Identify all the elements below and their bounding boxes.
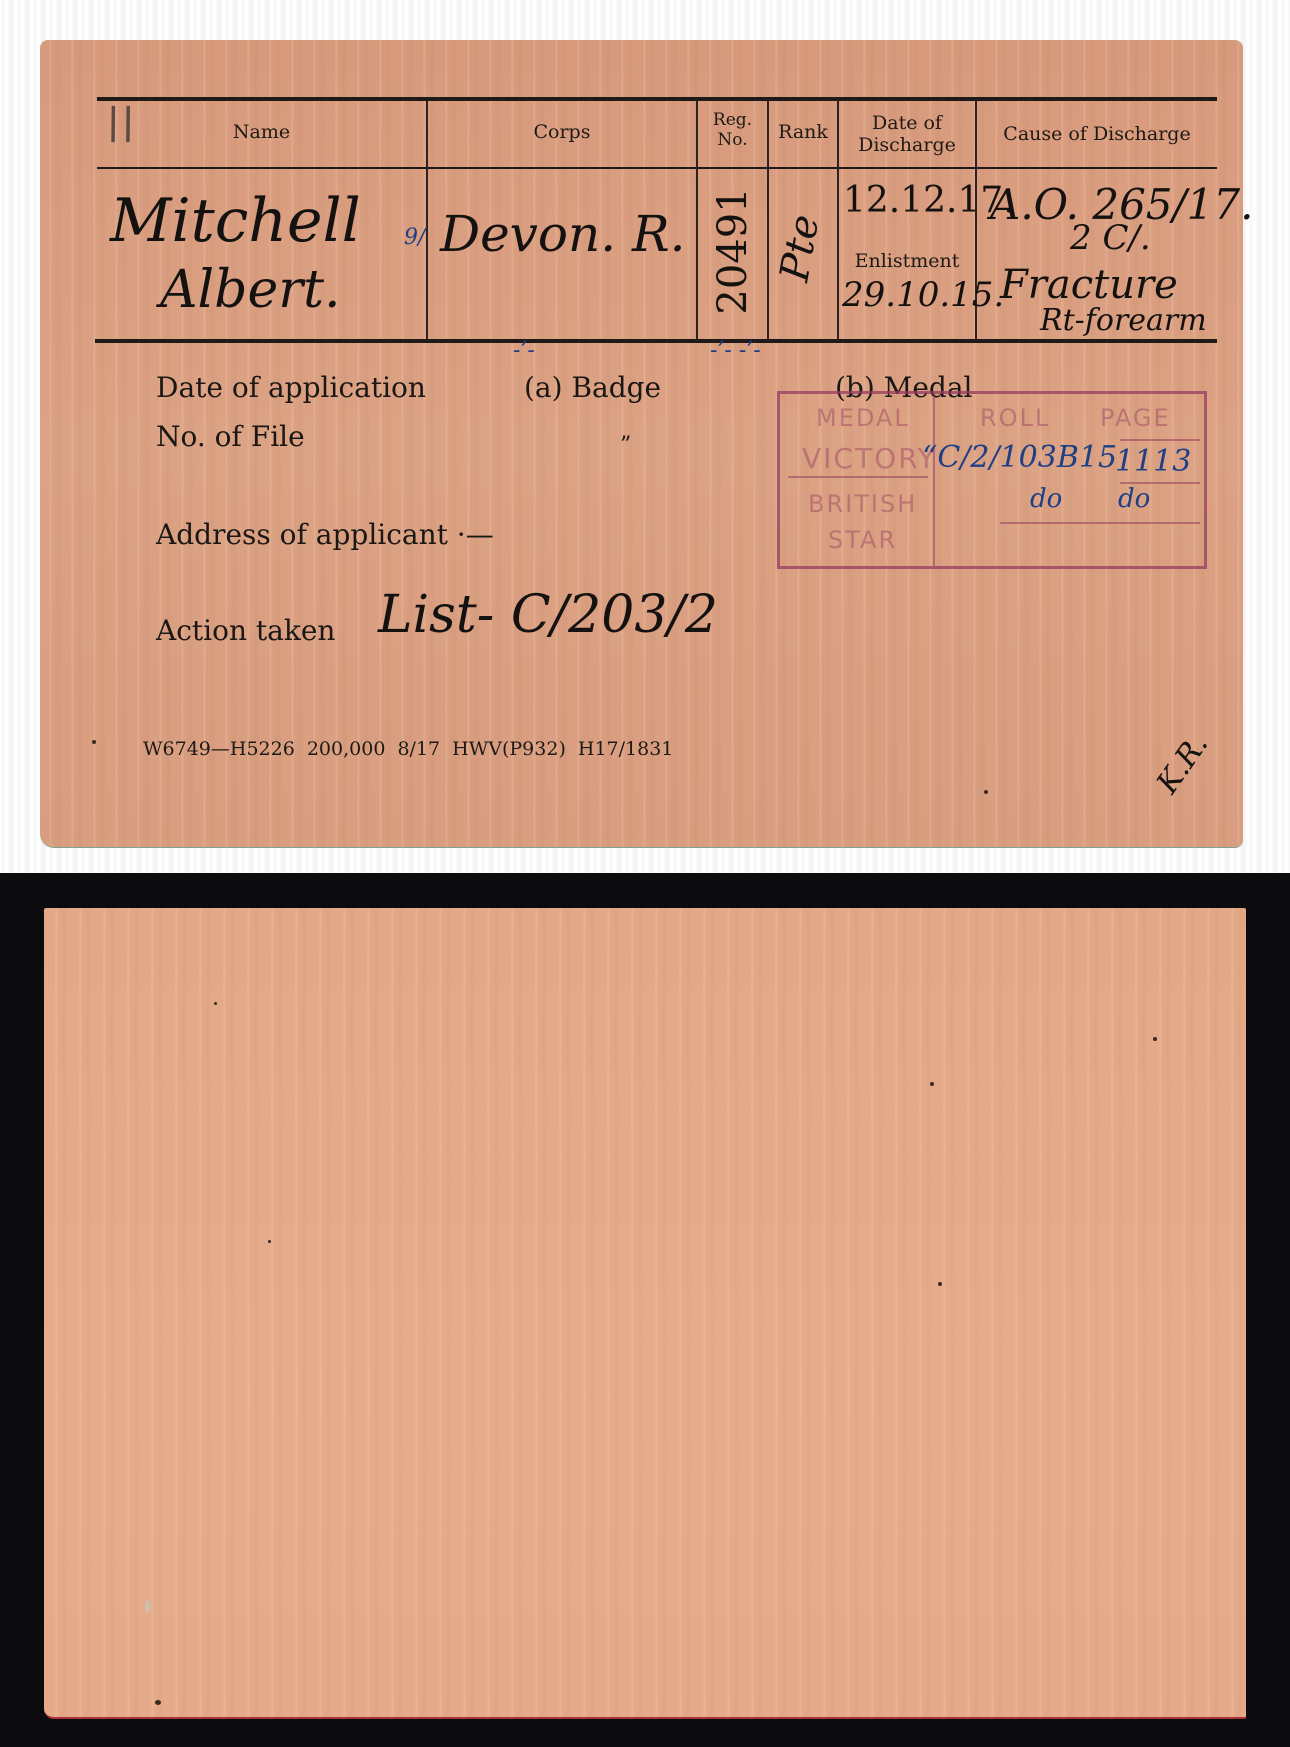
entry-date-of-enlistment: 29.10.15. [842, 275, 1004, 315]
entry-date-of-discharge: 12.12.17. [843, 180, 1015, 221]
paper-speck [984, 790, 988, 794]
enlistment-label: Enlistment [839, 250, 975, 272]
ditto-mark: ” [620, 433, 631, 458]
entry-reg-no: 20491 [710, 186, 756, 316]
stamp-row-star: STAR [828, 526, 897, 554]
header-date-of-discharge: Date of Discharge [839, 112, 975, 156]
entry-cause-line2: 2 C/. [1070, 218, 1151, 258]
entry-battalion-prefix: 9/ [404, 225, 425, 250]
stamp-row-medal: MEDAL [816, 404, 910, 432]
entry-forename: Albert. [160, 260, 341, 320]
medal-page-ditto: do [1118, 484, 1150, 514]
table-top-rule [97, 97, 1217, 101]
date-of-application-label: Date of application [156, 371, 426, 404]
stamp-col-page: PAGE [1100, 404, 1171, 432]
dash-marks-reg-rank: -’- -’- [710, 338, 761, 363]
paper-speck [145, 1600, 150, 1612]
medal-roll-entry: “C/2/103B15 [922, 440, 1117, 475]
action-taken-value: List- C/203/2 [378, 585, 718, 645]
medal-roll-ditto: do [1030, 484, 1062, 514]
header-reg-no-line1: Reg. [698, 110, 767, 130]
paper-speck [1153, 1037, 1157, 1041]
table-bottom-rule [95, 339, 1217, 343]
entry-surname: Mitchell [110, 186, 361, 256]
paper-speck [938, 1282, 942, 1286]
stamp-divider-vertical [933, 394, 935, 566]
entry-corps: Devon. R. [440, 205, 686, 263]
stamp-divider-horizontal-2 [1120, 439, 1200, 441]
paper-speck [214, 1002, 217, 1005]
header-corps: Corps [428, 121, 696, 143]
paper-speck [268, 1240, 271, 1243]
entry-cause-line3: Fracture [1000, 262, 1178, 308]
header-date-line2: Discharge [839, 134, 975, 156]
no-of-file-label: No. of File [156, 420, 305, 453]
paper-speck [155, 1700, 161, 1705]
entry-cause-line4: Rt-forearm [1040, 303, 1207, 338]
medal-page-entry: 1113 [1115, 444, 1191, 479]
stamp-divider-horizontal-4 [1000, 522, 1200, 524]
medal-roll-stamp: MEDAL VICTORY BRITISH STAR ROLL PAGE [777, 391, 1207, 569]
header-date-line1: Date of [839, 112, 975, 134]
header-reg-no-line2: No. [698, 130, 767, 150]
paper-speck [930, 1082, 934, 1086]
badge-label: (a) Badge [524, 371, 661, 404]
stamp-row-victory: VICTORY [802, 442, 937, 475]
address-of-applicant-label: Address of applicant ·— [156, 518, 494, 551]
form-print-reference: W6749—H5226 200,000 8/17 HWV(P932) H17/1… [143, 738, 673, 760]
header-rank: Rank [769, 121, 837, 143]
dash-marks-corps: -’- [513, 338, 535, 363]
medal-card-back [44, 908, 1246, 1719]
stamp-row-british: BRITISH [808, 490, 917, 518]
table-header-rule [97, 167, 1217, 169]
header-reg-no: Reg. No. [698, 110, 767, 150]
paper-speck [92, 740, 96, 744]
header-name: Name [97, 121, 426, 143]
header-cause-of-discharge: Cause of Discharge [977, 123, 1217, 145]
stamp-divider-horizontal-1 [788, 476, 928, 478]
stamp-col-roll: ROLL [980, 404, 1050, 432]
action-taken-label: Action taken [156, 614, 335, 647]
